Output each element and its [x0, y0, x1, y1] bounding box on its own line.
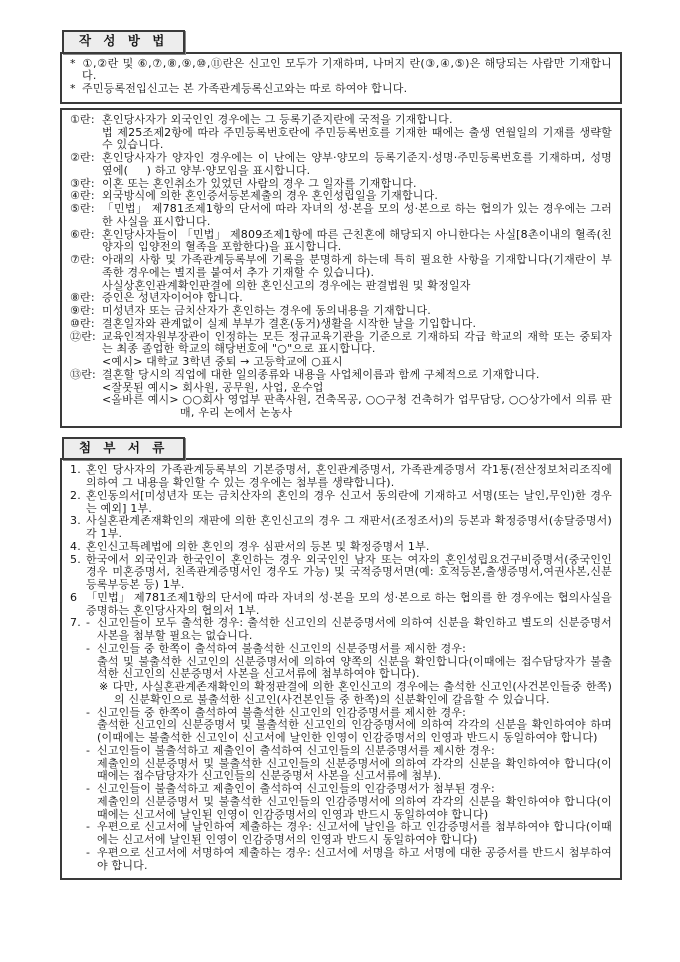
writing-method-title: 작 성 방 법 — [79, 33, 168, 48]
item-7-bullet-4: -신고인들이 불출석하고 제출인이 출석하여 신고인들의 신분증명서를 제시한 … — [86, 745, 612, 783]
item-number: ⑦란: — [70, 254, 102, 267]
instruction-item-13: ⑬란:결혼할 당시의 직업에 대한 일의종류와 내용을 사업체이름과 함께 구체… — [70, 369, 612, 420]
item-number: 3. — [70, 515, 86, 528]
bullet-reference-note: ※ 다만, 사실혼관계존재확인의 확정판결에 의한 혼인신고의 경우에는 출석한… — [99, 681, 612, 707]
item-number: ⑤란: — [70, 203, 102, 216]
item-number: ⑥란: — [70, 229, 102, 242]
attachments-title-box: 첨 부 서 류 — [62, 437, 185, 461]
item-number: ⑫란: — [70, 331, 102, 344]
general-note-1-text: ①,②란 및 ⑥,⑦,⑧,⑨,⑩,⑪란은 신고인 모두가 기재하며, 나머지 란… — [82, 57, 612, 83]
general-note-1: *①,②란 및 ⑥,⑦,⑧,⑨,⑩,⑪란은 신고인 모두가 기재하며, 나머지 … — [70, 58, 612, 84]
item-text: 교육인적자원부장관이 인정하는 모든 정규교육기관을 기준으로 기재하되 각급 … — [102, 330, 612, 356]
attachment-item-5: 5.한국에서 외국인과 한국인이 혼인하는 경우 외국인인 남자 또는 여자의 … — [70, 554, 612, 592]
item-number: 7. — [70, 617, 86, 872]
general-notes-box: *①,②란 및 ⑥,⑦,⑧,⑨,⑩,⑪란은 신고인 모두가 기재하며, 나머지 … — [60, 52, 622, 104]
item-number: 2. — [70, 490, 86, 503]
attachment-item-2: 2.혼인동의서[미성년자 또는 금치산자의 혼인의 경우 신고서 동의란에 기재… — [70, 490, 612, 516]
bullet-text-line: 제출인의 신분증명서 및 불출석한 신고인들의 신분증명서에 의하여 각각의 신… — [97, 758, 612, 784]
attachments-list-box: 1.혼인 당사자의 가족관계등록부의 기본증명서, 혼인관계증명서, 가족관계증… — [60, 458, 622, 880]
item-text: 사실혼관계존재확인의 재판에 의한 혼인신고의 경우 그 재판서(조정조서)의 … — [86, 514, 612, 540]
item-text: 결혼할 당시의 직업에 대한 일의종류와 내용을 사업체이름과 함께 구체적으로… — [102, 368, 540, 381]
item-text: 이혼 또는 혼인취소가 있었던 사람의 경우 그 일자를 기재합니다. — [102, 177, 417, 190]
attachment-item-7-bullets: -신고인들이 모두 출석한 경우: 출석한 신고인의 신분증명서에 의하여 신분… — [86, 617, 612, 872]
bullet-dash: - — [86, 847, 97, 860]
item-text: 혼인 당사자의 가족관계등록부의 기본증명서, 혼인관계증명서, 가족관계증명서… — [86, 463, 612, 489]
attachment-item-6: 6「민법」 제781조제1항의 단서에 따라 자녀의 성·본을 모의 성·본으로… — [70, 592, 612, 618]
general-note-2: *주민등록전입신고는 본 가족관계등록신고와는 따로 하여야 합니다. — [70, 83, 612, 96]
item-7-bullet-3: -신고인들 중 한쪽이 출석하여 불출석한 신고인의 인감증명서를 제시한 경우… — [86, 707, 612, 745]
numbered-instructions-box: ①란:혼인당사자가 외국인인 경우에는 그 등록기준지란에 국적을 기재합니다.… — [60, 108, 622, 428]
instruction-item-12: ⑫란:교육인적자원부장관이 인정하는 모든 정규교육기관을 기준으로 기재하되 … — [70, 331, 612, 369]
item-number: ①란: — [70, 114, 102, 127]
bullet-text-line: 출석한 신고인의 신분증명서 및 불출석한 신고인의 인감증명서에 의하여 각각… — [97, 719, 612, 745]
note-bullet: * — [70, 83, 82, 96]
bullet-text-line: 출석 및 불출석한 신고인의 신분증명서에 의하여 양쪽의 신분을 확인합니다(… — [97, 656, 612, 682]
item-7-bullet-6: -우편으로 신고서에 날인하여 제출하는 경우: 신고서에 날인을 하고 인감증… — [86, 821, 612, 847]
item-text: 혼인당사자들이 「민법」 제809조제1항에 따른 근친혼에 해당되지 아니한다… — [102, 228, 612, 254]
bullet-dash: - — [86, 707, 97, 720]
general-note-2-text: 주민등록전입신고는 본 가족관계등록신고와는 따로 하여야 합니다. — [82, 82, 407, 95]
writing-method-title-box: 작 성 방 법 — [62, 30, 185, 54]
instruction-item-7: ⑦란:아래의 사항 및 가족관계등록부에 기록을 분명하게 하는데 특히 필요한… — [70, 254, 612, 292]
item-text: 미성년자 또는 금치산자가 혼인하는 경우에 동의내용을 기재합니다. — [102, 304, 431, 317]
bullet-text: 신고인들이 불출석하고 제출인이 출석하여 신고인들의 신분증명서를 제시한 경… — [97, 744, 495, 757]
marriage-registration-guidance-page: 작 성 방 법 *①,②란 및 ⑥,⑦,⑧,⑨,⑩,⑪란은 신고인 모두가 기재… — [60, 30, 622, 880]
item-text: 아래의 사항 및 가족관계등록부에 기록을 분명하게 하는데 특히 필요한 사항… — [102, 253, 612, 279]
instruction-item-1: ①란:혼인당사자가 외국인인 경우에는 그 등록기준지란에 국적을 기재합니다.… — [70, 114, 612, 152]
item-text: 「민법」 제781조제1항의 단서에 따라 자녀의 성·본을 모의 성·본으로 … — [102, 202, 612, 228]
item-7-bullet-7: -우편으로 신고서에 서명하여 제출하는 경우: 신고서에 서명을 하고 서명에… — [86, 847, 612, 873]
bullet-text: 신고인들 중 한쪽이 출석하여 불출석한 신고인의 신분증명서를 제시한 경우: — [97, 642, 466, 655]
bullet-text: 신고인들 중 한쪽이 출석하여 불출석한 신고인의 인감증명서를 제시한 경우: — [97, 706, 466, 719]
attachment-item-3: 3.사실혼관계존재확인의 재판에 의한 혼인신고의 경우 그 재판서(조정조서)… — [70, 515, 612, 541]
bullet-text: 신고인들이 불출석하고 제출인이 출석하여 신고인들의 인감증명서가 첨부된 경… — [97, 782, 495, 795]
instruction-item-2: ②란:혼인당사자가 양자인 경우에는 이 난에는 양부·양모의 등록기준지·성명… — [70, 152, 612, 178]
instruction-item-5: ⑤란:「민법」 제781조제1항의 단서에 따라 자녀의 성·본을 모의 성·본… — [70, 203, 612, 229]
item-number: 5. — [70, 554, 86, 567]
item-number: ⑬란: — [70, 369, 102, 382]
bullet-dash: - — [86, 643, 97, 656]
bullet-dash: - — [86, 617, 97, 630]
attachments-title: 첨 부 서 류 — [79, 440, 168, 455]
item-text: 혼인당사자가 양자인 경우에는 이 난에는 양부·양모의 등록기준지·성명·주민… — [102, 151, 612, 177]
item-text: 외국방식에 의한 혼인증서등본제출의 경우 혼인성립일을 기재합니다. — [102, 189, 438, 202]
item-text: 혼인당사자가 외국인인 경우에는 그 등록기준지란에 국적을 기재합니다. — [102, 113, 453, 126]
item-text: 「민법」 제781조제1항의 단서에 따라 자녀의 성·본을 모의 성·본으로 … — [86, 591, 612, 617]
bullet-text: 신고인들이 모두 출석한 경우: 출석한 신고인의 신분증명서에 의하여 신분을… — [97, 616, 612, 642]
bullet-dash: - — [86, 821, 97, 834]
item-text: 혼인동의서[미성년자 또는 금치산자의 혼인의 경우 신고서 동의란에 기재하고… — [86, 489, 612, 515]
instruction-item-6: ⑥란:혼인당사자들이 「민법」 제809조제1항에 따른 근친혼에 해당되지 아… — [70, 229, 612, 255]
item-number: ⑨란: — [70, 305, 102, 318]
item-7-bullet-5: -신고인들이 불출석하고 제출인이 출석하여 신고인들의 인감증명서가 첨부된 … — [86, 783, 612, 821]
bullet-text-line: 제출인의 신분증명서 및 불출석한 신고인들의 인감증명서에 의하여 각각의 신… — [97, 796, 612, 822]
item-number: 4. — [70, 541, 86, 554]
item-number: 6 — [70, 592, 86, 605]
attachment-item-1: 1.혼인 당사자의 가족관계등록부의 기본증명서, 혼인관계증명서, 가족관계증… — [70, 464, 612, 490]
item-number: ②란: — [70, 152, 102, 165]
item-correct-example-line: <올바른 예시> ○○회사 영업부 판촉사원, 건축목공, ○○구청 건축허가 … — [102, 394, 612, 420]
note-bullet: * — [70, 58, 82, 71]
item-text: 증인은 성년자이어야 합니다. — [102, 291, 243, 304]
item-7-bullet-1: -신고인들이 모두 출석한 경우: 출석한 신고인의 신분증명서에 의하여 신분… — [86, 617, 612, 643]
item-number: 1. — [70, 464, 86, 477]
bullet-dash: - — [86, 783, 97, 796]
item-number: ⑩란: — [70, 318, 102, 331]
bullet-text: 우편으로 신고서에 날인하여 제출하는 경우: 신고서에 날인을 하고 인감증명… — [97, 820, 612, 846]
item-text-line: 법 제25조제2항에 따라 주민등록번호란에 주민등록번호를 기재한 때에는 출… — [102, 127, 612, 153]
bullet-dash: - — [86, 745, 97, 758]
attachment-item-7: 7. -신고인들이 모두 출석한 경우: 출석한 신고인의 신분증명서에 의하여… — [70, 617, 612, 872]
item-text: 혼인신고특례법에 의한 혼인의 경우 심판서의 등본 및 확정증명서 1부. — [86, 540, 430, 553]
item-7-bullet-2: -신고인들 중 한쪽이 출석하여 불출석한 신고인의 신분증명서를 제시한 경우… — [86, 643, 612, 707]
bullet-text: 우편으로 신고서에 서명하여 제출하는 경우: 신고서에 서명을 하고 서명에 … — [97, 846, 612, 872]
writing-method-section: 작 성 방 법 *①,②란 및 ⑥,⑦,⑧,⑨,⑩,⑪란은 신고인 모두가 기재… — [60, 30, 622, 428]
attachments-section: 첨 부 서 류 1.혼인 당사자의 가족관계등록부의 기본증명서, 혼인관계증명… — [60, 437, 622, 881]
item-text: 결혼일자와 관계없이 실제 부부가 결혼(동거)생활을 시작한 날을 기입합니다… — [102, 317, 476, 330]
item-text: 한국에서 외국인과 한국인이 혼인하는 경우 외국인인 남자 또는 여자의 혼인… — [86, 553, 612, 592]
